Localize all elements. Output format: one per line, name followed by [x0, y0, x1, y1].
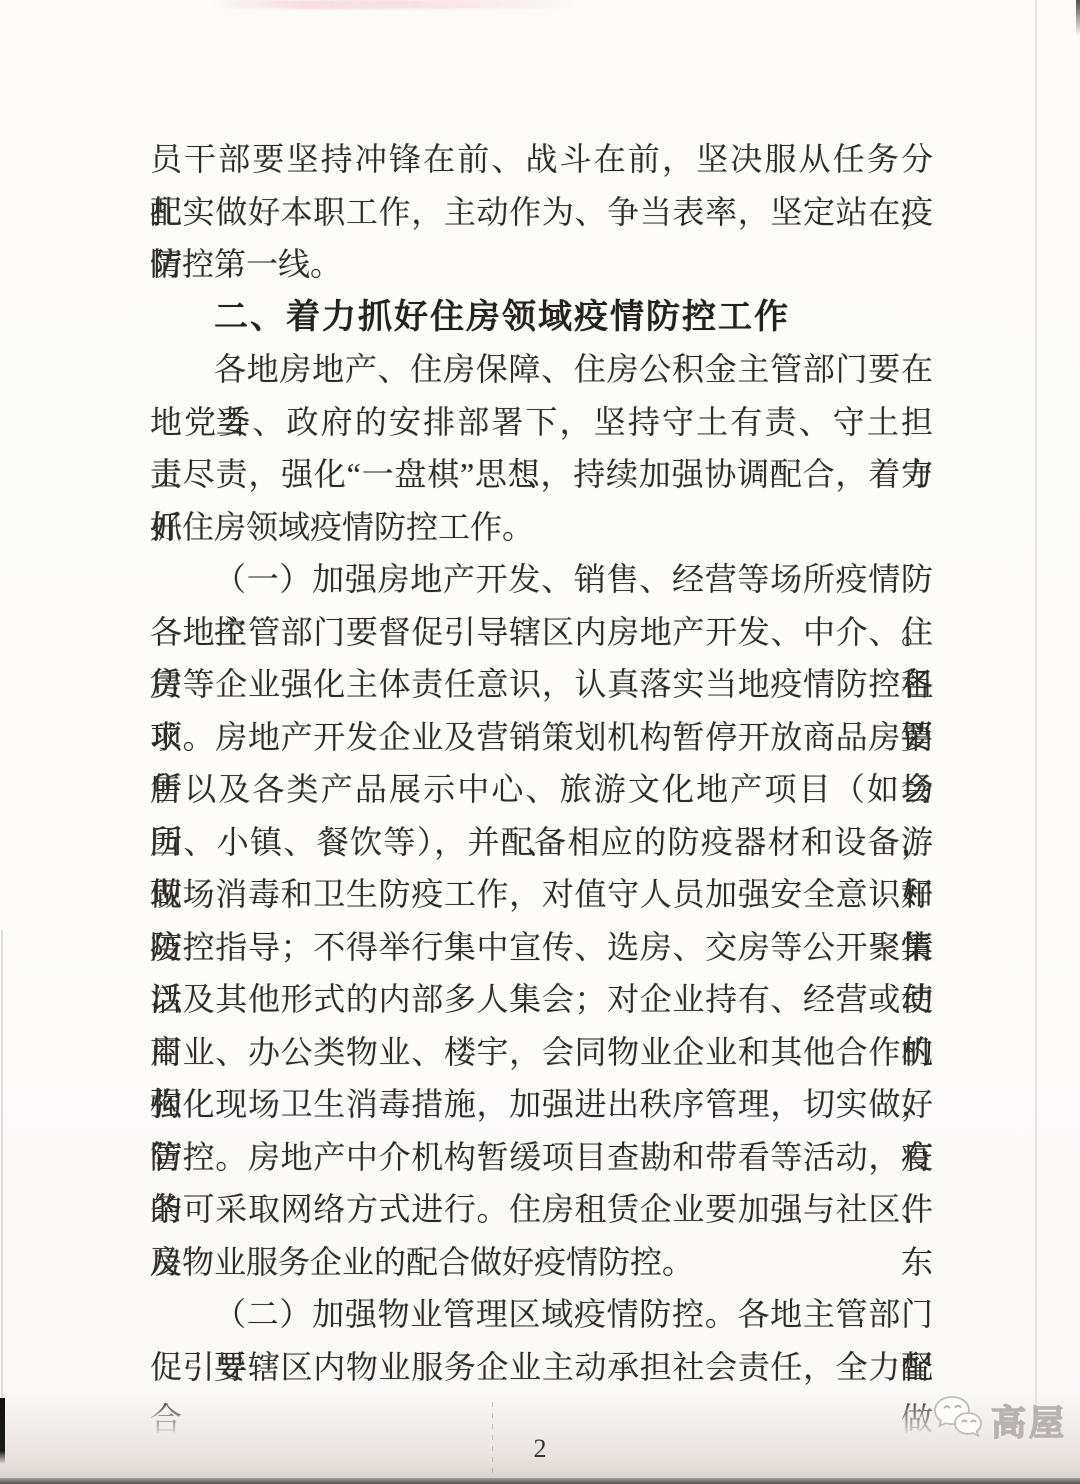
document-line: 以及其他形式的内部多人集会；对企业持有、经营或使用的: [150, 973, 933, 1026]
wechat-icon: [928, 1393, 986, 1448]
scan-bottom-edge: [0, 1478, 1080, 1484]
document-line: 园、小镇、餐饮等），并配备相应的防疫器材和设备，做好: [150, 816, 933, 869]
document-page: 员干部要坚持冲锋在前、战斗在前，坚决服从任务分配， 扎实做好本职工作，主动作为、…: [0, 0, 1080, 1484]
subsection-heading-line: （二）加强物业管理区域疫情防控。各地主管部门要督: [150, 1288, 933, 1341]
document-line: 管控。房地产中介机构暂缓项目查勘和带看等活动，有条件: [150, 1131, 933, 1184]
document-line: 赁等企业强化主体责任意识，认真落实当地疫情防控各项要: [150, 658, 933, 711]
scan-edge-line-left: [1, 930, 3, 1400]
document-line: 扎实做好本职工作，主动作为、争当表率，坚定站在疫情: [150, 186, 933, 239]
document-line: 员干部要坚持冲锋在前、战斗在前，坚决服从任务分配，: [150, 133, 933, 186]
watermark: 高屋: [928, 1393, 1067, 1448]
document-line: 所以及各类产品展示中心、旅游文化地产项目（如会所、游: [150, 763, 933, 816]
document-line: 求。房地产开发企业及营销策划机构暂停开放商品房销售场: [150, 711, 933, 764]
document-line: 好住房领域疫情防控工作。: [150, 501, 933, 554]
scan-smudge-pink: [210, 0, 580, 9]
document-line: 各地房地产、住房保障、住房公积金主管部门要在当: [150, 343, 933, 396]
watermark-label: 高屋: [991, 1396, 1067, 1446]
document-line: 现场消毒和卫生防疫工作，对值守人员加强安全意识和疫情: [150, 868, 933, 921]
document-line: 促引导辖区内物业服务企业主动承担社会责任，全力配合做: [150, 1341, 933, 1394]
section-heading: 二、着力抓好住房领域疫情防控工作: [150, 291, 933, 344]
scan-edge-line-right: [1035, 0, 1037, 1408]
subsection-heading-line: （一）加强房地产开发、销售、经营等场所疫情防控。: [150, 553, 933, 606]
document-line: 防控指导；不得举行集中宣传、选房、交房等公开聚集活动: [150, 921, 933, 974]
document-line: 强化现场卫生消毒措施，加强进出秩序管理，切实做好防疫: [150, 1078, 933, 1131]
document-line: 土尽责，强化“一盘棋”思想，持续加强协调配合，着力抓: [150, 448, 933, 501]
document-line: 商业、办公类物业、楼宇，会同物业企业和其他合作机构，: [150, 1026, 933, 1079]
document-line: 的可采取网络方式进行。住房租赁企业要加强与社区、房东: [150, 1183, 933, 1236]
document-line: 各地主管部门要督促引导辖区内房地产开发、中介、住房租: [150, 606, 933, 659]
scan-mark-top-right: [1076, 0, 1080, 36]
document-line: 防控第一线。: [150, 238, 933, 291]
page-number: 2: [0, 1434, 1080, 1464]
document-body: 员干部要坚持冲锋在前、战斗在前，坚决服从任务分配， 扎实做好本职工作，主动作为、…: [150, 133, 933, 1393]
document-line: 地党委、政府的安排部署下，坚持守土有责、守土担责、守: [150, 396, 933, 449]
